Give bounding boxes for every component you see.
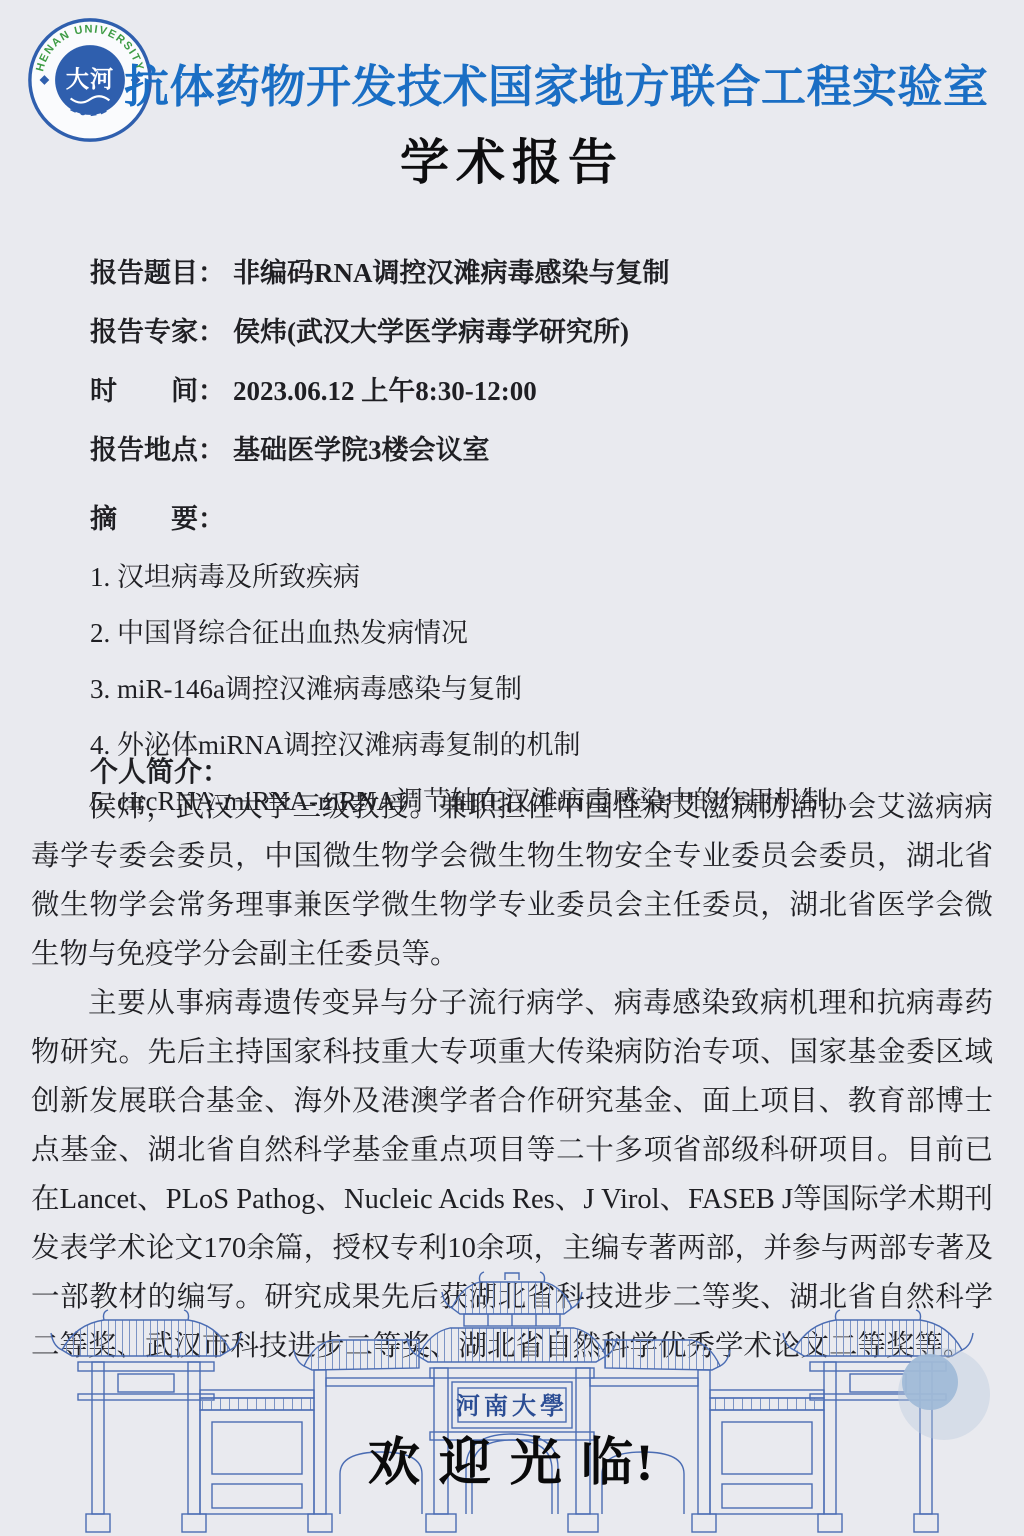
report-details: 报告题目：非编码RNA调控汉滩病毒感染与复制 报告专家：侯炜(武汉大学医学病毒学… bbox=[90, 251, 670, 487]
logo-monogram-text: 大河 bbox=[66, 67, 114, 93]
detail-row-speaker: 报告专家：侯炜(武汉大学医学病毒学研究所) bbox=[90, 310, 670, 349]
abstract-item: 1. 汉坦病毒及所致疾病 bbox=[90, 555, 828, 594]
abstract-item: 2. 中国肾综合征出血热发病情况 bbox=[90, 611, 828, 650]
detail-value: 非编码RNA调控汉滩病毒感染与复制 bbox=[233, 258, 670, 288]
lab-name-title: 抗体药物开发技术国家地方联合工程实验室 bbox=[124, 50, 989, 115]
gate-plaque-text: 河南大學 bbox=[456, 1392, 568, 1420]
abstract-heading: 摘 要： bbox=[90, 497, 828, 536]
lecture-poster: HENAN UNIVERSITY 1912 大河 抗体药物开发技术国家地方联合工… bbox=[0, 0, 1024, 1536]
detail-value: 2023.06.12 上午8:30-12:00 bbox=[233, 376, 537, 406]
bio-paragraph: 侯炜，武汉大学三级教授。兼职担任中国性病艾滋病防治协会艾滋病病毒学专委会委员，中… bbox=[31, 783, 993, 979]
university-gate-illustration: 河南大學 bbox=[0, 1270, 1024, 1536]
detail-value: 侯炜(武汉大学医学病毒学研究所) bbox=[233, 317, 629, 347]
detail-value: 基础医学院3楼会议室 bbox=[233, 435, 490, 465]
detail-label: 报告题目： bbox=[90, 258, 225, 288]
abstract-item: 3. miR-146a调控汉滩病毒感染与复制 bbox=[90, 667, 828, 706]
report-heading: 学术报告 bbox=[0, 124, 1024, 194]
detail-row-topic: 报告题目：非编码RNA调控汉滩病毒感染与复制 bbox=[90, 251, 670, 290]
detail-row-time: 时 间：2023.06.12 上午8:30-12:00 bbox=[90, 369, 670, 408]
detail-row-location: 报告地点：基础医学院3楼会议室 bbox=[90, 428, 670, 467]
detail-label: 时 间： bbox=[90, 376, 225, 406]
detail-label: 报告地点： bbox=[90, 435, 225, 465]
welcome-text: 欢 迎 光 临! bbox=[0, 1420, 1024, 1495]
detail-label: 报告专家： bbox=[90, 317, 225, 347]
